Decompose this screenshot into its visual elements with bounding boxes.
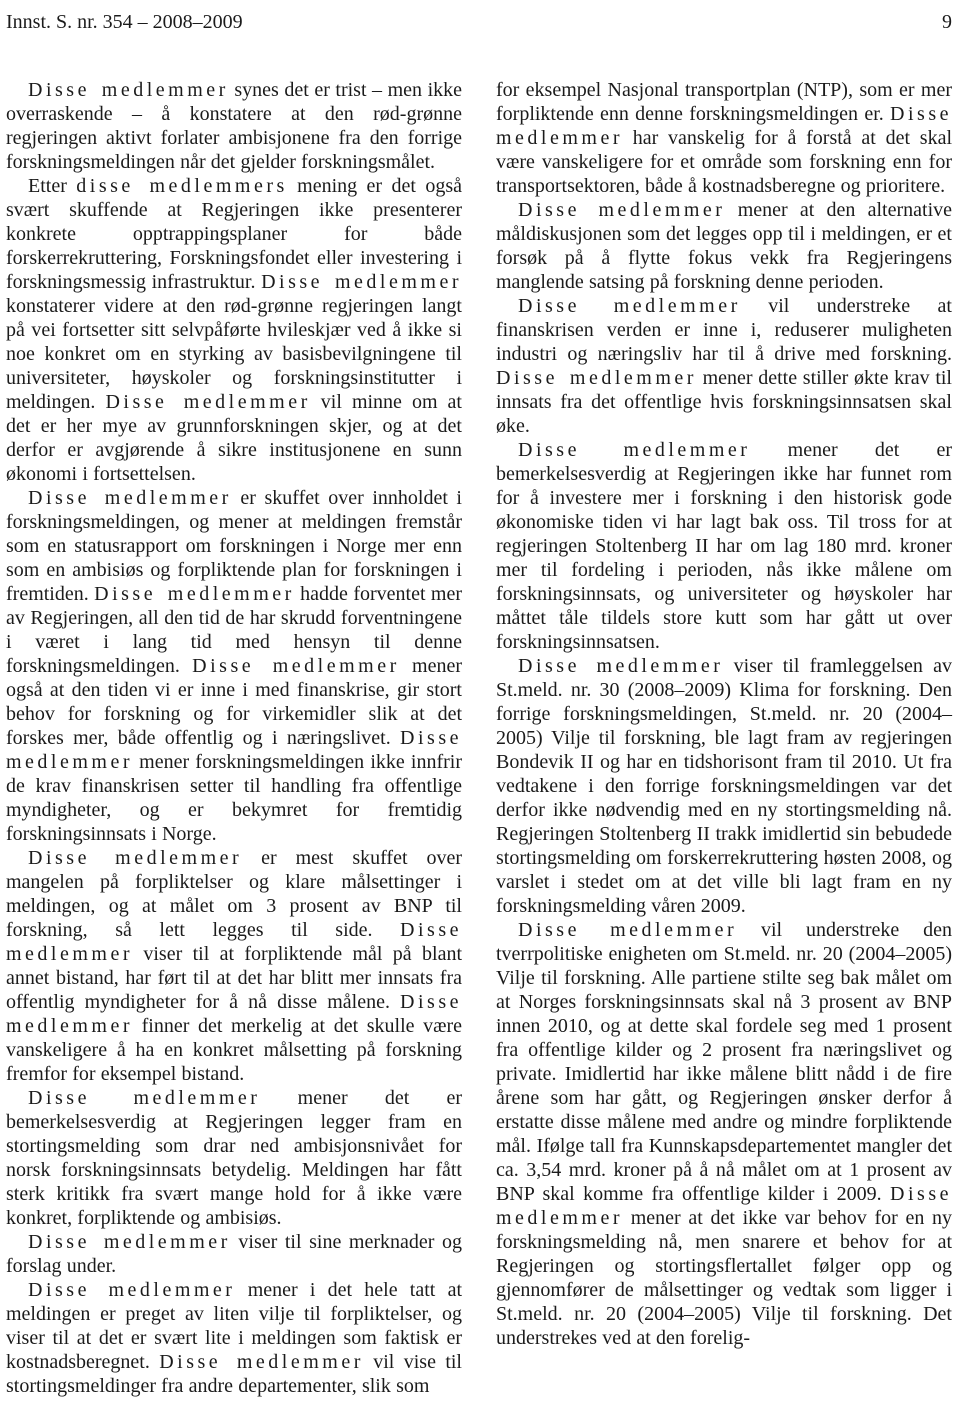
emphasized-phrase: Disse medlemmer — [28, 847, 242, 869]
emphasized-phrase: Disse medlemmer — [518, 919, 737, 941]
document-page: Innst. S. nr. 354 – 2008–2009 9 Disse me… — [0, 0, 960, 1427]
emphasized-phrase: Disse medlemmer — [28, 487, 232, 509]
emphasized-phrase: Disse medlemmer — [28, 1231, 231, 1253]
emphasized-phrase: Disse medlemmer — [518, 655, 723, 677]
text-run: Etter — [28, 175, 76, 197]
paragraph: Disse medlemmer vil understreke at finan… — [496, 294, 952, 438]
paragraph: Disse medlemmer viser til sine merknader… — [6, 1230, 462, 1278]
paragraph: Disse medlemmer er skuffet over innholde… — [6, 486, 462, 846]
paragraph: Disse medlemmer synes det er trist – men… — [6, 78, 462, 174]
paragraph: Disse medlemmer mener det er bemerkelses… — [496, 438, 952, 654]
paragraph: for eksempel Nasjonal transportplan (NTP… — [496, 78, 952, 198]
emphasized-phrase: disse medlemmers — [76, 175, 288, 197]
page-number: 9 — [942, 10, 952, 34]
column-right: for eksempel Nasjonal transportplan (NTP… — [496, 78, 952, 1398]
emphasized-phrase: Disse medlemmer — [496, 367, 697, 389]
emphasized-phrase: Disse medlemmer — [159, 1351, 364, 1373]
paragraph: Etter disse medlemmers mening er det ogs… — [6, 174, 462, 486]
text-run: viser til framleggelsen av St.meld. nr. … — [496, 655, 952, 917]
paragraph: Disse medlemmer er mest skuffet over man… — [6, 846, 462, 1086]
text-run: mener det er bemerkelsesverdig at Regjer… — [496, 439, 952, 653]
column-left: Disse medlemmer synes det er trist – men… — [6, 78, 462, 1398]
paragraph: Disse medlemmer mener i det hele tatt at… — [6, 1278, 462, 1398]
emphasized-phrase: Disse medlemmer — [94, 583, 295, 605]
emphasized-phrase: Disse medlemmer — [518, 439, 750, 461]
paragraph: Disse medlemmer mener at den alternative… — [496, 198, 952, 294]
paragraph: Disse medlemmer viser til framleggelsen … — [496, 654, 952, 918]
emphasized-phrase: Disse medlemmer — [28, 79, 229, 101]
text-run: vil understreke den tverrpolitiske enigh… — [496, 919, 952, 1205]
paragraph: Disse medlemmer mener det er bemerkelses… — [6, 1086, 462, 1230]
emphasized-phrase: Disse medlemmer — [28, 1087, 260, 1109]
document-title: Innst. S. nr. 354 – 2008–2009 — [6, 10, 243, 34]
text-run: for eksempel Nasjonal transportplan (NTP… — [496, 79, 952, 125]
emphasized-phrase: Disse medlemmer — [105, 391, 310, 413]
paragraph: Disse medlemmer vil understreke den tver… — [496, 918, 952, 1350]
page-header: Innst. S. nr. 354 – 2008–2009 9 — [6, 10, 952, 34]
emphasized-phrase: Disse medlemmer — [192, 655, 400, 677]
emphasized-phrase: Disse medlemmer — [518, 199, 725, 221]
emphasized-phrase: Disse medlemmer — [518, 295, 741, 317]
emphasized-phrase: Disse medlemmer — [28, 1279, 235, 1301]
emphasized-phrase: Disse medlemmer — [261, 271, 462, 293]
two-column-text: Disse medlemmer synes det er trist – men… — [6, 78, 952, 1398]
